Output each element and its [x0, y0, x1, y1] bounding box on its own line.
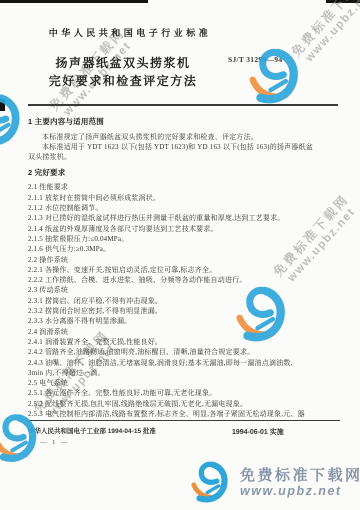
brand-site-name: 免费标准下载网: [240, 467, 360, 484]
doc-line: 2.1.5 抽浆极限压力:≤0.04MPa。: [28, 234, 342, 244]
doc-line: 本标准规定了扬声器纸盆双头捞浆机的完好要求和检查、评定方法。: [28, 132, 342, 142]
doc-line: 2.2.1 各操作、变速开关,按钮启动灵活,定位可靠,标志齐全。: [28, 265, 342, 275]
up-logo-icon: [0, 410, 46, 466]
doc-line: 2.1.4 纸盆的外观厚薄度及各部尺寸均要达到工艺技术要求。: [28, 224, 342, 234]
brand-site-url: www.upbz.net: [240, 484, 360, 498]
doc-line: 2.1.3 对已捞好的湿纸盆试样进行热压并测量干纸盆的重量和厚度,达到工艺要求。: [28, 213, 342, 223]
document-title-line1: 扬声器纸盆双头捞浆机: [40, 54, 206, 72]
doc-line: 2.2 操作系统: [28, 255, 342, 265]
brand-logo: 免费标准下载网 www.upbz.net: [188, 458, 360, 506]
doc-line: 2 完好要求: [28, 168, 342, 178]
up-logo-icon: [0, 90, 30, 150]
doc-line: 1 主要内容与适用范围: [28, 117, 342, 127]
document-title: 扬声器纸盆双头捞浆机 完好要求和检查评定方法: [40, 54, 206, 90]
doc-line: 3min 内,不得超过一滴。: [28, 368, 342, 378]
doc-line: 2.1 性能要求: [28, 182, 342, 192]
doc-line: 2.5 电气系统: [28, 378, 342, 388]
up-logo-icon: [232, 282, 296, 346]
footer-implementation-date: 1994-06-01 实施: [232, 427, 284, 437]
up-logo-icon: [245, 44, 309, 108]
doc-line: 2.5.1 各元器件齐全、完整,性能良好,功能可靠,无老化现象。: [28, 388, 342, 398]
scan-artifact-top-right: [326, 0, 360, 3]
doc-line: 2.1.6 供气压力:≥0.3MPa。: [28, 244, 342, 254]
doc-line: 2.5.2 配线整齐无损,包扎牢固,线路绝缘层无破损,无老化,无漏电现象。: [28, 399, 342, 409]
document-body: 1 主要内容与适用范围本标准规定了扬声器纸盆双头捞浆机的完好要求和检查、评定方法…: [28, 112, 342, 419]
doc-line: 双头捞浆机。: [28, 152, 342, 162]
doc-line: 2.4.2 管路齐全,油路畅通,油窗明亮,油标醒目、清晰,油量符合规定要求。: [28, 347, 342, 357]
doc-line: 2.1.2 水位控制能调节。: [28, 203, 342, 213]
up-logo-icon: [188, 458, 236, 506]
brand-text: 免费标准下载网 www.upbz.net: [240, 467, 360, 498]
standard-body-header: 中华人民共和国电子行业标准: [44, 26, 216, 39]
document-title-line2: 完好要求和检查评定方法: [40, 72, 206, 90]
doc-line: 2.1.1 放浆时在捞筒中间必须形成浆涡状。: [28, 193, 342, 203]
doc-line: 2.5.3 电气控制柜内部清洁,线路布置整齐,标志齐全、明显,各端子紧固无松动现…: [28, 409, 342, 419]
doc-line: 本标准适用于 YDT 1623 以下(包括 YDT 1623)和 YD 163 …: [28, 142, 342, 152]
footer-approval: 中华人民共和国电子工业部 1994-04-15 批准: [28, 426, 156, 435]
footer-rule: [26, 420, 340, 421]
doc-line: 2.4.3 油嘴、油杯、油腔清洁,无堵塞现象,润滑良好;基本无漏油,即每一漏油点…: [28, 358, 342, 368]
scan-artifact-top-left: [0, 0, 148, 3]
scanned-standard-page: 免费标准下载网 www.upbz.net 免费标准下载网 www.upbz.ne…: [0, 0, 360, 510]
